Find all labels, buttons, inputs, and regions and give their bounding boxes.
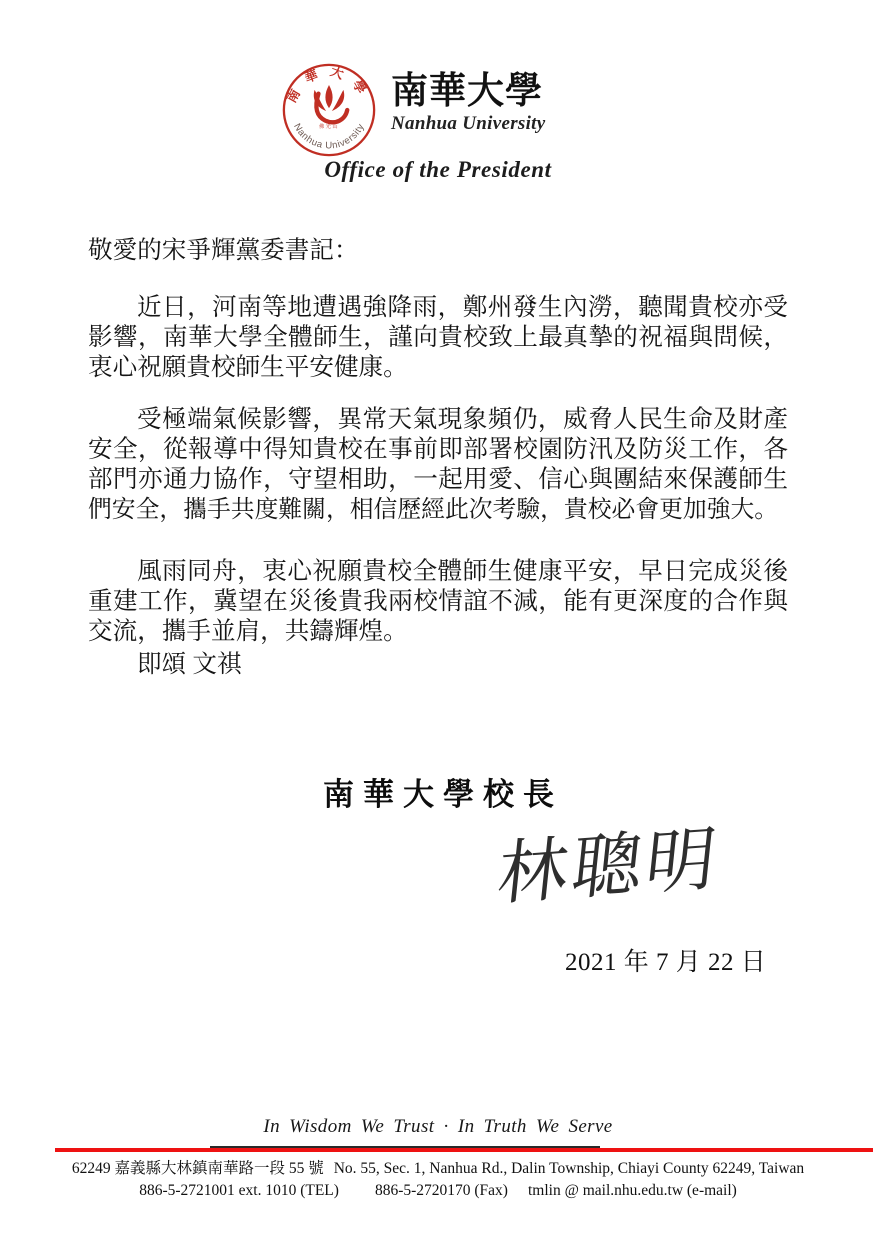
seal-inner-caption: 佛光山 — [319, 122, 339, 130]
paragraph-line: 風雨同舟，衷心祝願貴校全體師生健康平安，早日完成災後 — [88, 557, 788, 587]
letter-page: 南華大學 Nanhua University 佛光山 南華大學 Nanhua U… — [0, 0, 876, 1238]
closing-salute: 即頌 文祺 — [88, 650, 788, 680]
telephone-number: 886-5-2721001 ext. 1010 (TEL) — [139, 1182, 339, 1199]
paragraph-line: 影響，南華大學全體師生，謹向貴校致上最真摯的祝福與問候， — [88, 323, 788, 353]
paragraph-line: 受極端氣候影響，異常天氣現象頻仍，威脅人民生命及財產 — [88, 405, 788, 435]
paragraph: 風雨同舟，衷心祝願貴校全體師生健康平安，早日完成災後 重建工作，冀望在災後貴我兩… — [88, 557, 788, 647]
university-name-english: Nanhua University — [391, 113, 545, 135]
paragraph-line: 衷心祝願貴校師生平安健康。 — [88, 353, 788, 383]
paragraph-line: 重建工作，冀望在災後貴我兩校情誼不減，能有更深度的合作與 — [88, 587, 788, 617]
university-seal-logo: 南華大學 Nanhua University 佛光山 — [281, 62, 377, 158]
letter-date: 2021 年 7 月 22 日 — [565, 942, 766, 978]
lotus-emblem-icon — [314, 85, 347, 122]
office-of-the-president-title: Office of the President — [0, 157, 876, 183]
paragraph: 受極端氣候影響，異常天氣現象頻仍，威脅人民生命及財產 安全，從報導中得知貴校在事… — [88, 405, 788, 525]
paragraph-line: 部門亦通力協作，守望相助，一起用愛、信心與團結來保護師生 — [88, 465, 788, 495]
paragraph-line: 近日，河南等地遭遇強降雨，鄭州發生內澇，聽聞貴校亦受 — [88, 293, 788, 323]
signer-title: 南華大學校長 — [323, 769, 563, 814]
address-english: No. 55, Sec. 1, Nanhua Rd., Dalin Townsh… — [334, 1160, 804, 1177]
paragraph-line: 交流，攜手並肩，共鑄輝煌。 — [88, 617, 788, 647]
footer-address-line: 62249 嘉義縣大林鎮南華路一段 55 號No. 55, Sec. 1, Na… — [0, 1158, 876, 1180]
signature-handwriting: 林聰明 — [493, 810, 725, 926]
closing-line: 即頌 文祺 — [88, 650, 788, 680]
brand-block: 南華大學 Nanhua University — [391, 72, 545, 135]
letter-body: 敬愛的宋爭輝黨委書記： 近日，河南等地遭遇強降雨，鄭州發生內澇，聽聞貴校亦受 影… — [88, 236, 788, 680]
paragraph-line: 們安全，攜手共度難關，相信歷經此次考驗，貴校必會更加強大。 — [88, 495, 788, 525]
fax-number: 886-5-2720170 (Fax) — [375, 1182, 508, 1199]
university-motto: In Wisdom We Trust · In Truth We Serve — [0, 1116, 876, 1138]
paragraph-line: 安全，從報導中得知貴校在事前即部署校園防汛及防災工作，各 — [88, 435, 788, 465]
salutation: 敬愛的宋爭輝黨委書記： — [88, 236, 788, 266]
university-name-chinese: 南華大學 — [391, 72, 545, 112]
footer-contact-line: 886-5-2721001 ext. 1010 (TEL)886-5-27201… — [0, 1180, 876, 1202]
email-address: tmlin @ mail.nhu.edu.tw (e-mail) — [528, 1182, 737, 1199]
paragraph: 近日，河南等地遭遇強降雨，鄭州發生內澇，聽聞貴校亦受 影響，南華大學全體師生，謹… — [88, 293, 788, 383]
address-chinese: 62249 嘉義縣大林鎮南華路一段 55 號 — [72, 1160, 324, 1177]
footer-red-rule — [55, 1148, 873, 1152]
